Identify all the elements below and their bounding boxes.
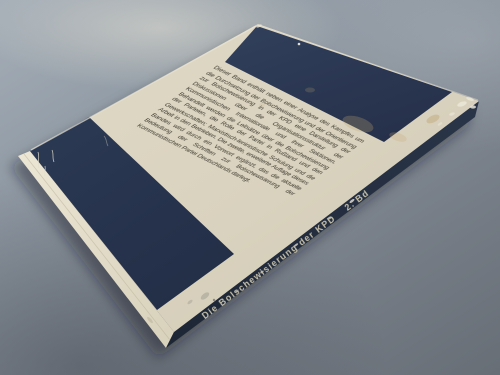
top-band-speck bbox=[298, 43, 301, 46]
book-photo: Dieser Band enthält neben einer Analyse … bbox=[0, 0, 500, 375]
